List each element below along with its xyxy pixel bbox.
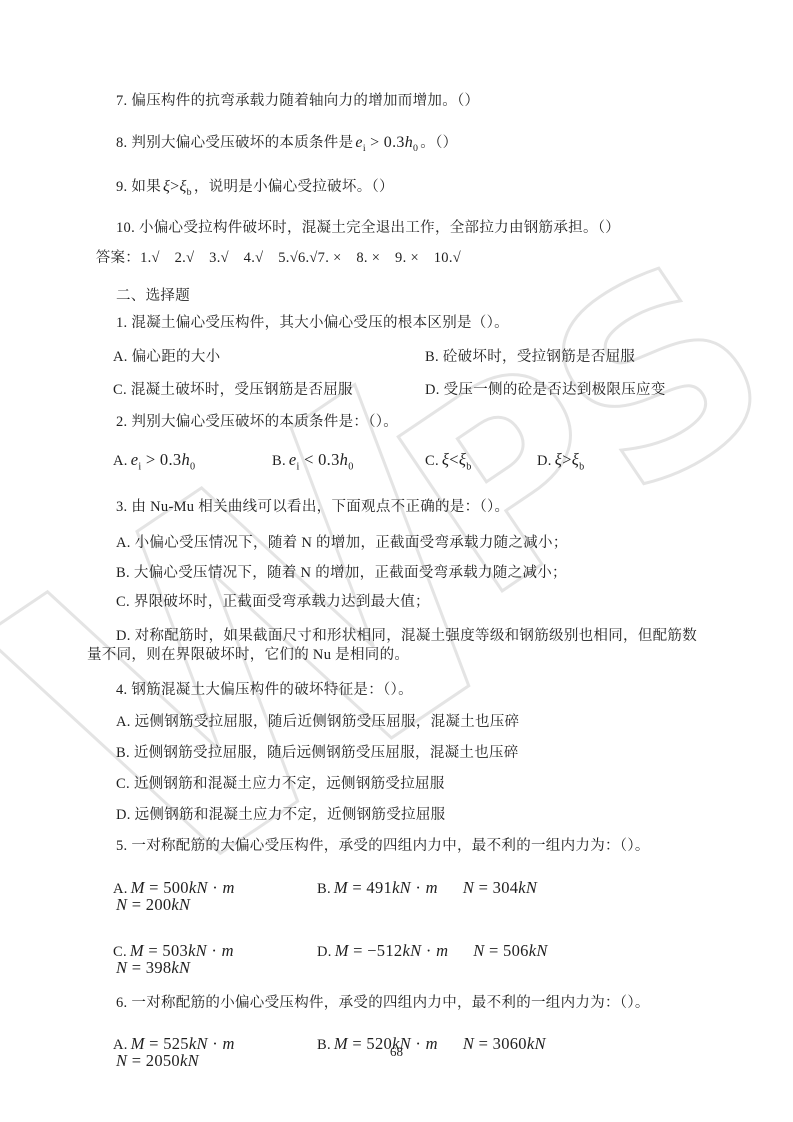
mc-question-6: 6. 一对称配筋的小偏心受压构件，承受的四组内力中，最不利的一组内力为：（）。: [87, 995, 711, 1011]
q5-option-d-m: M = −512kN · m: [335, 941, 449, 960]
q8-text-suffix: 。（）: [420, 135, 457, 151]
q4-option-a: A. 远侧钢筋受拉屈服，随后近侧钢筋受压屈服，混凝土也压碎: [87, 714, 711, 730]
q2-option-d: D.ξ>ξb: [537, 452, 584, 475]
q9-formula: ξ>ξb: [163, 178, 192, 195]
tf-question-8: 8. 判别大偏心受压破坏的本质条件是ei > 0.3h0。（）: [87, 135, 711, 157]
q2-option-a: A.ei > 0.3h0: [113, 452, 272, 475]
q5-option-c: C.M = 503kN · mN = 398kN: [113, 943, 317, 977]
mc-question-1: 1. 混凝土偏心受压构件，其大小偏心受压的根本区别是（）。: [87, 315, 711, 331]
q4-option-c: C. 近侧钢筋和混凝土应力不定，远侧钢筋受拉屈服: [87, 776, 711, 792]
q5-option-a-n: N = 200kN: [116, 895, 190, 914]
q5-option-c-n: N = 398kN: [116, 958, 190, 977]
mc-question-2: 2. 判别大偏心受压破坏的本质条件是：（）。: [87, 414, 711, 430]
q1-option-a: A. 偏心距的大小: [113, 349, 425, 365]
tf-question-7: 7. 偏压构件的抗弯承载力随着轴向力的增加而增加。（）: [87, 93, 711, 109]
tf-question-9: 9. 如果ξ>ξb，说明是小偏心受拉破坏。（）: [87, 179, 711, 201]
answers-line: 答案：1.√ 2.√ 3.√ 4.√ 5.√6.√7. × 8. × 9. × …: [87, 250, 711, 266]
q1-option-d: D. 受压一侧的砼是否达到极限压应变: [425, 382, 666, 398]
mc-question-4: 4. 钢筋混凝土大偏压构件的破坏特征是：（）。: [87, 682, 711, 698]
section-2-title: 二、选择题: [87, 288, 711, 304]
q5-option-b: B.M = 491kN · mN = 304kN: [317, 880, 537, 897]
q5-options-row-cd: C.M = 503kN · mN = 398kN D.M = −512kN · …: [87, 943, 711, 977]
document-content: 7. 偏压构件的抗弯承载力随着轴向力的增加而增加。（） 8. 判别大偏心受压破坏…: [87, 93, 711, 1070]
q2-option-b-formula: ei < 0.3h0: [289, 450, 354, 469]
tf-question-10: 10. 小偏心受拉构件破坏时，混凝土完全退出工作，全部拉力由钢筋承担。（）: [87, 220, 711, 236]
q2-option-d-formula: ξ>ξb: [555, 450, 585, 469]
q3-option-d: D. 对称配筋时，如果截面尺寸和形状相同，混凝土强度等级和钢筋级别也相同，但配筋…: [87, 627, 711, 665]
q8-formula: ei > 0.3h0: [355, 134, 418, 151]
q8-text-prefix: 8. 判别大偏心受压破坏的本质条件是: [116, 135, 353, 151]
q5-option-d-n: N = 506kN: [473, 941, 547, 960]
q3-option-a: A. 小偏心受压情况下，随着 N 的增加，正截面受弯承载力随之减小；: [87, 535, 711, 551]
q1-option-c: C. 混凝土破坏时，受压钢筋是否屈服: [113, 382, 425, 398]
page-number: 68: [0, 1044, 793, 1060]
q5-options-row-ab: A.M = 500kN · mN = 200kN B.M = 491kN · m…: [87, 880, 711, 914]
q2-option-b: B.ei < 0.3h0: [272, 452, 425, 475]
q3-option-c: C. 界限破坏时，正截面受弯承载力达到最大值；: [87, 594, 711, 610]
q1-options-row-ab: A. 偏心距的大小 B. 砼破坏时，受拉钢筋是否屈服: [87, 349, 711, 365]
q1-option-b: B. 砼破坏时，受拉钢筋是否屈服: [425, 349, 635, 365]
q2-option-a-formula: ei > 0.3h0: [131, 450, 196, 469]
document-page: W PS 7. 偏压构件的抗弯承载力随着轴向力的增加而增加。（） 8. 判别大偏…: [0, 0, 793, 1122]
q3-option-b: B. 大偏心受压情况下，随着 N 的增加，正截面受弯承载力随之减小；: [87, 565, 711, 581]
q1-options-row-cd: C. 混凝土破坏时，受压钢筋是否屈服 D. 受压一侧的砼是否达到极限压应变: [87, 382, 711, 398]
q2-options-row: A.ei > 0.3h0 B.ei < 0.3h0 C.ξ<ξb D.ξ>ξb: [87, 452, 711, 475]
q4-option-b: B. 近侧钢筋受拉屈服，随后远侧钢筋受压屈服，混凝土也压碎: [87, 745, 711, 761]
q5-option-d: D.M = −512kN · mN = 506kN: [317, 943, 548, 960]
q5-option-b-m: M = 491kN · m: [334, 878, 438, 897]
q9-text-suffix: ，说明是小偏心受拉破坏。（）: [194, 179, 394, 195]
q2-option-c: C.ξ<ξb: [425, 452, 537, 475]
mc-question-5: 5. 一对称配筋的大偏心受压构件，承受的四组内力中，最不利的一组内力为：（）。: [87, 838, 711, 854]
mc-question-3: 3. 由 Nu-Mu 相关曲线可以看出，下面观点不正确的是：（）。: [87, 499, 711, 515]
q5-option-b-n: N = 304kN: [463, 878, 537, 897]
q2-option-c-formula: ξ<ξb: [442, 450, 472, 469]
q9-text-prefix: 9. 如果: [116, 179, 161, 195]
q4-option-d: D. 远侧钢筋和混凝土应力不定，近侧钢筋受拉屈服: [87, 807, 711, 823]
q5-option-a: A.M = 500kN · mN = 200kN: [113, 880, 317, 914]
